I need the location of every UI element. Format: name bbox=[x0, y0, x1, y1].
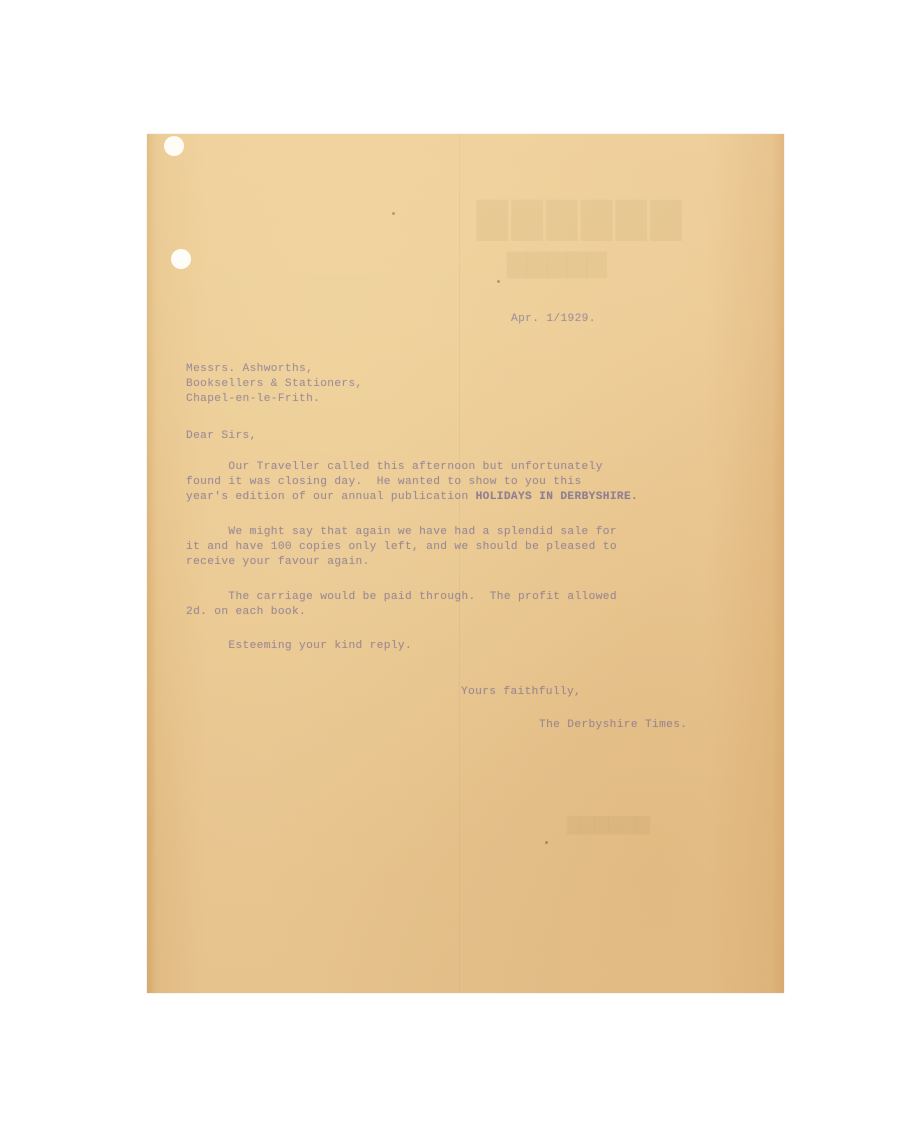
complimentary-close: Yours faithfully, bbox=[461, 685, 581, 700]
body-line: The carriage would be paid through. The … bbox=[186, 590, 617, 605]
body-paragraph: The carriage would be paid through. The … bbox=[186, 590, 617, 620]
signature-block: The Derbyshire Times. bbox=[539, 718, 687, 733]
body-paragraph: Esteeming your kind reply. bbox=[186, 639, 412, 654]
body-line-text: year's edition of our annual publication bbox=[186, 491, 476, 503]
punch-hole-icon bbox=[164, 136, 184, 156]
recipient-address: Messrs. Ashworths,Booksellers & Statione… bbox=[186, 362, 363, 407]
letter-date: Apr. 1/1929. bbox=[511, 312, 596, 327]
address-line: Messrs. Ashworths, bbox=[186, 362, 363, 377]
body-line: year's edition of our annual publication… bbox=[186, 490, 638, 505]
body-line: Our Traveller called this afternoon but … bbox=[186, 460, 638, 475]
letter-sheet: ▇▇▇▇▇▇ ▇▇▇▇▇ ▇▇▇▇▇▇ Apr. 1/1929. Messrs.… bbox=[147, 134, 784, 993]
body-line: receive your favour again. bbox=[186, 555, 617, 570]
paper-speck bbox=[392, 212, 395, 215]
body-line: 2d. on each book. bbox=[186, 605, 617, 620]
publication-title: HOLIDAYS IN DERBYSHIRE. bbox=[476, 491, 638, 503]
body-line: We might say that again we have had a sp… bbox=[186, 525, 617, 540]
stamp-showthrough: ▇▇▇▇▇▇ bbox=[567, 814, 650, 835]
body-line: found it was closing day. He wanted to s… bbox=[186, 475, 638, 490]
scan-canvas: ▇▇▇▇▇▇ ▇▇▇▇▇ ▇▇▇▇▇▇ Apr. 1/1929. Messrs.… bbox=[0, 0, 900, 1125]
address-line: Chapel-en-le-Frith. bbox=[186, 392, 363, 407]
letterhead-showthrough: ▇▇▇▇▇ bbox=[507, 249, 607, 279]
punch-hole-icon bbox=[171, 249, 191, 269]
body-line: it and have 100 copies only left, and we… bbox=[186, 540, 617, 555]
paper-speck bbox=[545, 841, 548, 844]
paper-speck bbox=[497, 280, 500, 283]
body-paragraph: Our Traveller called this afternoon but … bbox=[186, 460, 638, 505]
body-line: Esteeming your kind reply. bbox=[186, 639, 412, 654]
salutation: Dear Sirs, bbox=[186, 429, 257, 444]
address-line: Booksellers & Stationers, bbox=[186, 377, 363, 392]
body-paragraph: We might say that again we have had a sp… bbox=[186, 525, 617, 570]
letterhead-showthrough: ▇▇▇▇▇▇ bbox=[477, 194, 686, 241]
